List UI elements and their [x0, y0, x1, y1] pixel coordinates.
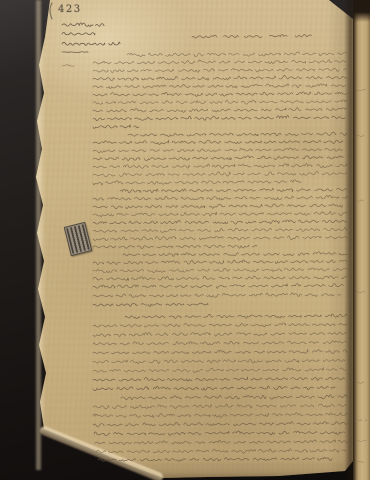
dateline [188, 28, 314, 44]
torn-left-edge [36, 0, 41, 470]
book-gutter-shadow [344, 0, 356, 480]
adhesive-stamp [64, 222, 93, 256]
manuscript-page: 423 [36, 0, 353, 480]
margin-note [60, 58, 80, 72]
archival-manuscript-scan: 423 [0, 0, 370, 480]
page-number-stamp: 423 [58, 4, 82, 15]
stamp-stripes-icon [66, 224, 90, 254]
body-text [91, 48, 349, 466]
